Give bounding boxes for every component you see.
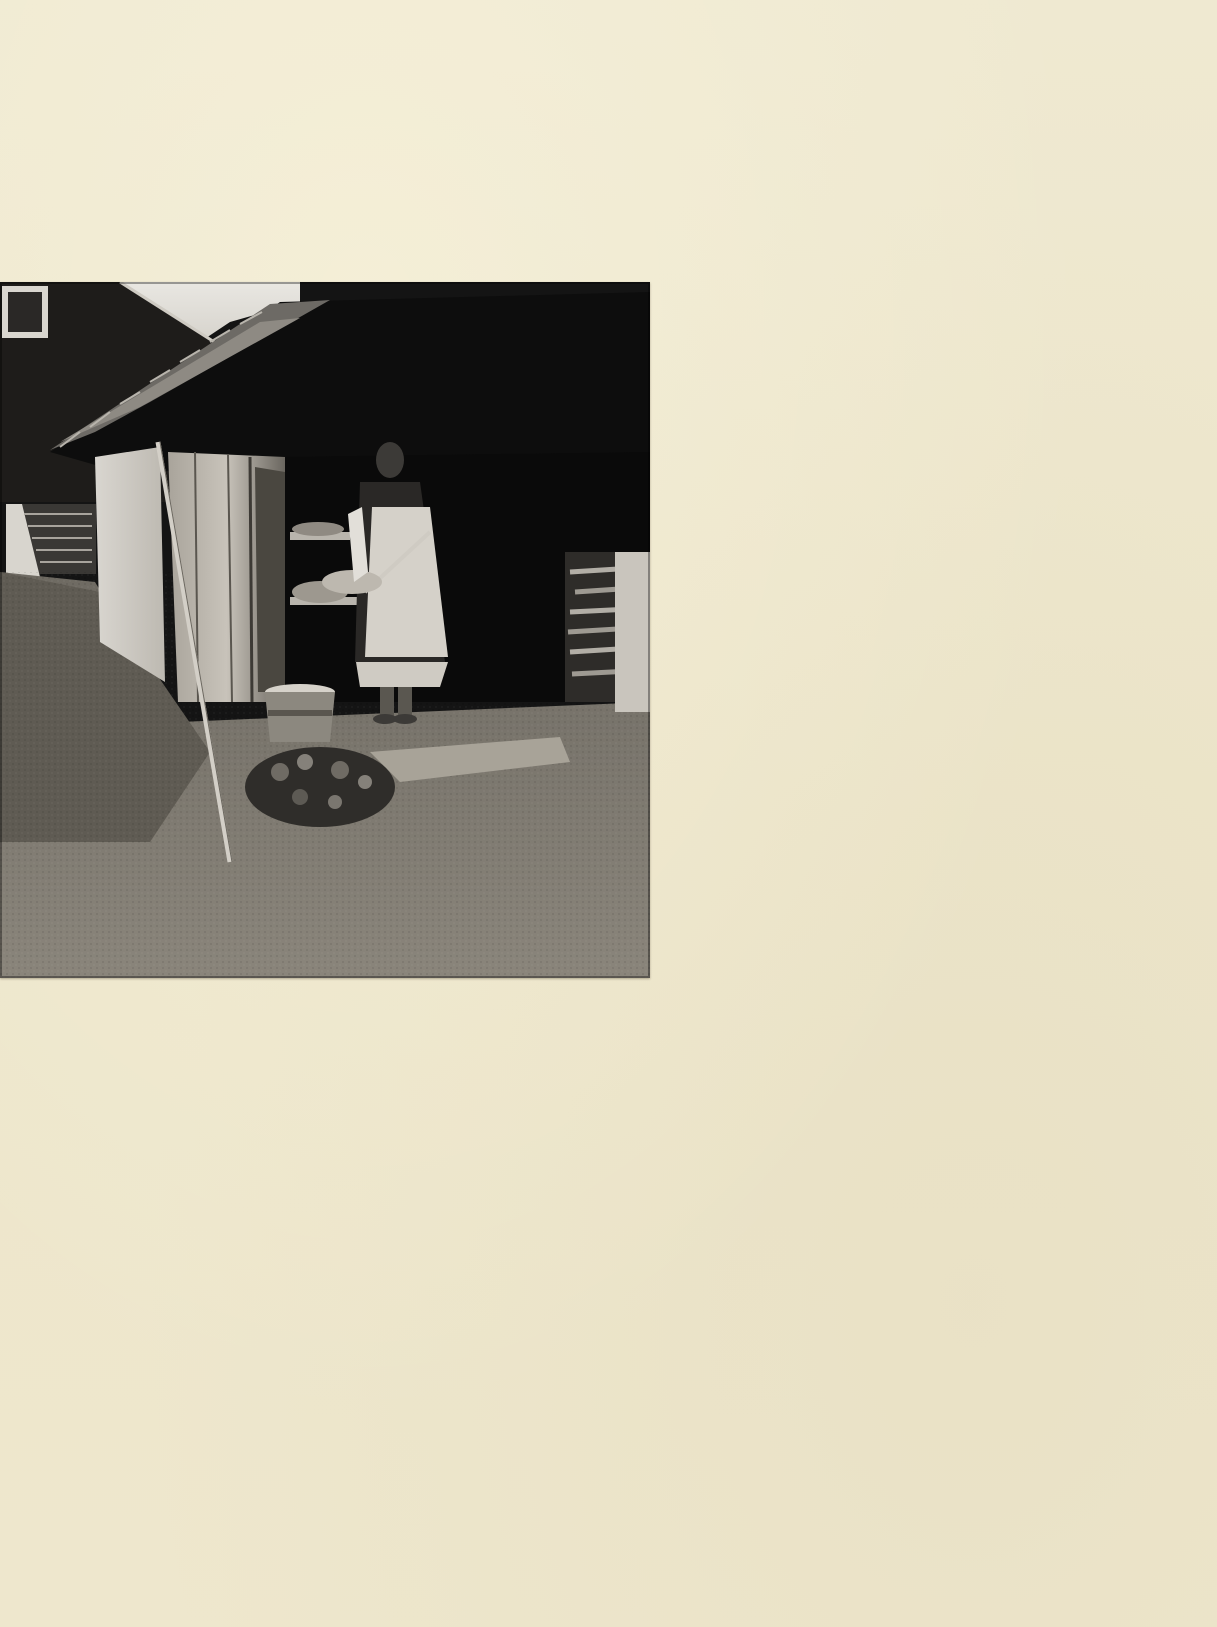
metal-bucket [265,684,335,742]
plant [245,747,395,827]
mounted-photograph [0,282,650,978]
stone-wall [565,552,650,712]
wooden-door [168,452,285,702]
stairs [6,504,96,577]
